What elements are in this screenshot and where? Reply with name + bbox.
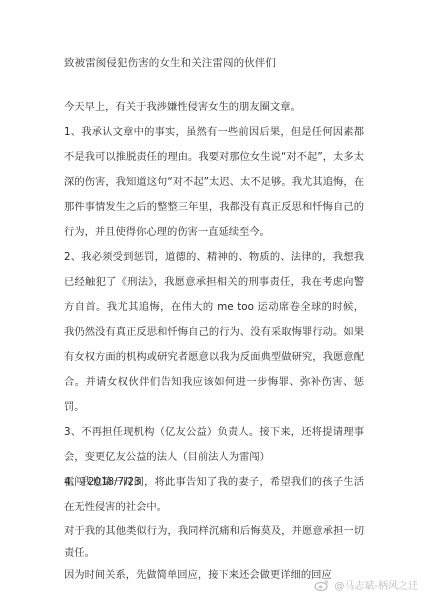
- document-page: 致被雷阂侵犯伤害的女生和关注雷闯的伙伴们 今天早上，有关于我涉嫌性侵害女生的朋友…: [0, 0, 424, 600]
- paragraph-point-3: 3、不再担任现机构（亿友公益）负责人。接下来，还将提请理事会，变更亿友公益的法人…: [64, 420, 364, 470]
- paragraph-point-1: 1、我承认文章中的事实，虽然有一些前因后果，但是任何因素都不是我可以推脱责任的理…: [64, 120, 364, 245]
- paragraph-other-behaviors: 对于我的其他类似行为，我同样沉痛和后悔莫及，并愿意承担一切责任。: [64, 520, 364, 564]
- document-body: 今天早上，有关于我涉嫌性侵害女生的朋友圈文章。 1、我承认文章中的事实，虽然有一…: [64, 95, 364, 586]
- signature-date: 雷闯 2018/7/23: [64, 473, 141, 488]
- weibo-watermark: @马志斌-柄风之迁: [314, 577, 418, 592]
- document-title: 致被雷阂侵犯伤害的女生和关注雷闯的伙伴们: [64, 55, 276, 70]
- paragraph-intro: 今天早上，有关于我涉嫌性侵害女生的朋友圈文章。: [64, 95, 364, 120]
- weibo-icon: [314, 579, 330, 591]
- watermark-text: @马志斌-柄风之迁: [334, 577, 418, 592]
- paragraph-point-2: 2、我必须受到惩罚，道德的、精神的、物质的、法律的，我想我已经触犯了《刑法》，我…: [64, 245, 364, 420]
